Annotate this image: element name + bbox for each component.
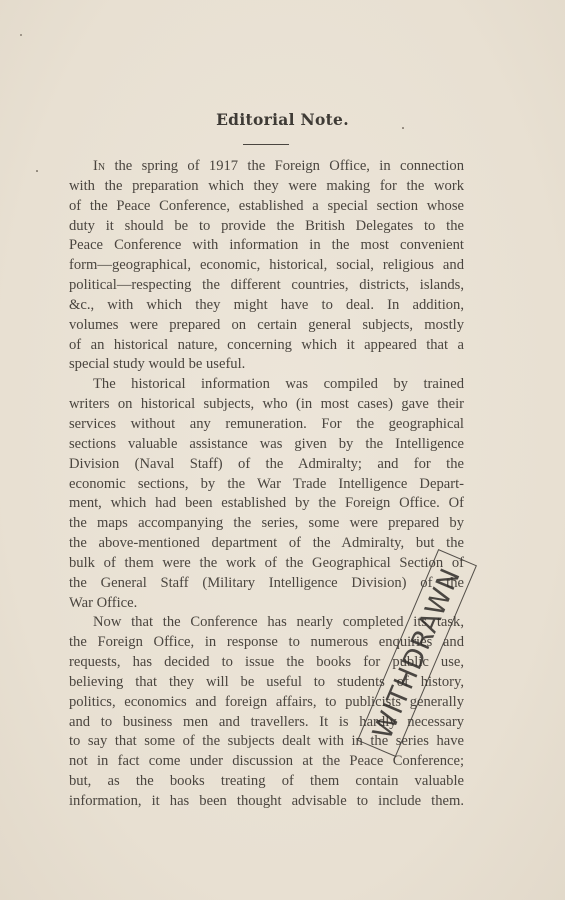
text-line: economic sections, by the War Trade Inte…: [69, 475, 464, 495]
text-line: of an historical nature, concerning whic…: [69, 336, 464, 356]
text-line: writers on historical subjects, who (in …: [69, 395, 464, 415]
text-line: special study would be useful.: [69, 355, 464, 375]
page-title: Editorial Note.: [0, 110, 565, 129]
text-line: the maps accompanying the series, some w…: [69, 514, 464, 534]
text-line: War Office.: [69, 594, 464, 614]
text-line: the above-mentioned department of the Ad…: [69, 534, 464, 554]
text-line: sections valuable assistance was given b…: [69, 435, 464, 455]
text-line: In the spring of 1917 the Foreign Office…: [69, 157, 464, 177]
paragraph-1: In the spring of 1917 the Foreign Office…: [69, 157, 464, 375]
paper-speck: [36, 170, 38, 172]
text-line: information, it has been thought advisab…: [69, 792, 464, 812]
text-line: of the Peace Conference, established a s…: [69, 197, 464, 217]
title-rule-divider: [243, 144, 289, 145]
paper-speck: [20, 34, 22, 36]
text-line: form—geographical, economic, historical,…: [69, 256, 464, 276]
text-line: Peace Conference with information in the…: [69, 236, 464, 256]
text-line: but, as the books treating of them conta…: [69, 772, 464, 792]
text-line: with the preparation which they were mak…: [69, 177, 464, 197]
text-line: volumes were prepared on certain general…: [69, 316, 464, 336]
text-line: duty it should be to provide the British…: [69, 217, 464, 237]
text-line: the General Staff (Military Intelligence…: [69, 574, 464, 594]
text-line: bulk of them were the work of the Geogra…: [69, 554, 464, 574]
drop-lead-word: In: [93, 158, 105, 174]
text-line: political—respecting the different count…: [69, 276, 464, 296]
document-page: Editorial Note. In the spring of 1917 th…: [0, 0, 565, 900]
text-line: &c., with which they might have to deal.…: [69, 296, 464, 316]
text-line: services without any remuneration. For t…: [69, 415, 464, 435]
text-line: not in fact come under discussion at the…: [69, 752, 464, 772]
text-line: ment, which had been established by the …: [69, 494, 464, 514]
text-line: Division (Naval Staff) of the Admiralty;…: [69, 455, 464, 475]
text-line: The historical information was compiled …: [69, 375, 464, 395]
paragraph-2: The historical information was compiled …: [69, 375, 464, 613]
